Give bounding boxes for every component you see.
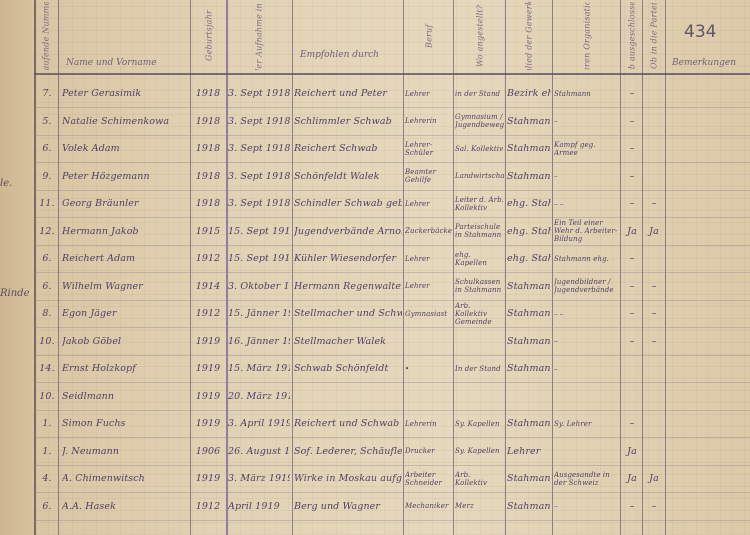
cell-since: Parteischule in Stahmann bbox=[455, 218, 504, 245]
cell-x2 bbox=[644, 163, 664, 190]
cell-since bbox=[455, 328, 504, 355]
cell-name: Ernst Holzkopf bbox=[62, 355, 188, 382]
ledger-page: Laufende Nummer Name und Vorname Geburts… bbox=[0, 0, 750, 535]
header-since: Wo angestellt? bbox=[458, 2, 502, 70]
cell-date: April 1919 bbox=[228, 493, 290, 520]
cell-recommended: Stellmacher und Schwab bbox=[294, 300, 402, 327]
cell-name: A.A. Hasek bbox=[62, 493, 188, 520]
cell-remarks bbox=[667, 493, 747, 520]
cell-no: 1. bbox=[36, 410, 58, 437]
table-row: 6.A.A. Hasek1912April 1919Berg und Wagne… bbox=[0, 493, 750, 520]
cell-name: Reichert Adam bbox=[62, 245, 188, 272]
cell-profession: Zuckerbäcker bbox=[405, 218, 452, 245]
cell-other: Ausgesandte in der Schweiz bbox=[554, 465, 619, 492]
cell-since: ehg. Kapellen bbox=[455, 245, 504, 272]
cell-profession: Beamter Gehilfe bbox=[405, 163, 452, 190]
cell-member bbox=[507, 383, 551, 410]
cell-no: 10. bbox=[36, 383, 58, 410]
cell-remarks bbox=[667, 438, 747, 465]
cell-remarks bbox=[667, 245, 747, 272]
cell-x1: Ja bbox=[622, 218, 642, 245]
cell-since: Sal. Kollektiv bbox=[455, 135, 504, 162]
cell-profession: Lehrerin bbox=[405, 410, 452, 437]
cell-x2 bbox=[644, 438, 664, 465]
header-no: Laufende Nummer bbox=[36, 2, 56, 70]
cell-year: 1914 bbox=[192, 273, 224, 300]
cell-x1: – bbox=[622, 190, 642, 217]
cell-year: 1918 bbox=[192, 190, 224, 217]
cell-recommended: Schindler Schwab geb. Lehmann, Ehr. Mar. bbox=[294, 190, 402, 217]
table-row: 5.Natalie Schimenkowa19183. Sept 1918Sch… bbox=[0, 108, 750, 135]
cell-recommended: Jugendverbände Arnold bbox=[294, 218, 402, 245]
cell-profession: Gymnasiast bbox=[405, 300, 452, 327]
cell-profession: Arbeiter Schneider bbox=[405, 465, 452, 492]
cell-x1: Ja bbox=[622, 438, 642, 465]
cell-other: – bbox=[554, 108, 619, 135]
cell-profession bbox=[405, 328, 452, 355]
table-row: 6.Volek Adam19183. Sept 1918Reichert Sch… bbox=[0, 135, 750, 162]
cell-no: 11. bbox=[36, 190, 58, 217]
cell-remarks bbox=[667, 163, 747, 190]
cell-remarks bbox=[667, 383, 747, 410]
cell-x2: Ja bbox=[644, 465, 664, 492]
cell-date: 20. März 1919 bbox=[228, 383, 290, 410]
cell-profession: Lehrer bbox=[405, 190, 452, 217]
cell-x2 bbox=[644, 135, 664, 162]
cell-remarks bbox=[667, 328, 747, 355]
cell-no: 6. bbox=[36, 245, 58, 272]
cell-date: 3. Sept 1918 bbox=[228, 190, 290, 217]
cell-member: Stahmann bbox=[507, 410, 551, 437]
cell-x1: – bbox=[622, 410, 642, 437]
cell-other: Stahmann ehg. bbox=[554, 245, 619, 272]
cell-recommended: Schlimmler Schwab bbox=[294, 108, 402, 135]
cell-x1: – bbox=[622, 328, 642, 355]
cell-year: 1919 bbox=[192, 410, 224, 437]
cell-x1: – bbox=[622, 108, 642, 135]
cell-year: 1918 bbox=[192, 80, 224, 107]
cell-remarks bbox=[667, 300, 747, 327]
cell-other: – – bbox=[554, 190, 619, 217]
cell-profession: Lehrer bbox=[405, 273, 452, 300]
cell-since bbox=[455, 383, 504, 410]
cell-year: 1906 bbox=[192, 438, 224, 465]
cell-remarks bbox=[667, 135, 747, 162]
cell-member: Stahmann ehg. bbox=[507, 465, 551, 492]
cell-name: Peter Gerasimik bbox=[62, 80, 188, 107]
cell-profession: Lehrerin bbox=[405, 108, 452, 135]
cell-x1 bbox=[622, 355, 642, 382]
cell-other: – bbox=[554, 355, 619, 382]
table-row: 6.Wilhelm Wagner19143. Oktober 1918Herma… bbox=[0, 273, 750, 300]
table-row: 1.J. Neumann190626. August 1919Sof. Lede… bbox=[0, 438, 750, 465]
cell-member: Stahmann ehg. bbox=[507, 273, 551, 300]
cell-date: 3. Sept 1918 bbox=[228, 135, 290, 162]
cell-year: 1919 bbox=[192, 355, 224, 382]
cell-recommended: Sof. Lederer, Schäufler bbox=[294, 438, 402, 465]
cell-name: J. Neumann bbox=[62, 438, 188, 465]
cell-other: Ein Teil einer Wehr d. Arbeiter-Bildung bbox=[554, 218, 619, 245]
cell-recommended: Reichert Schwab bbox=[294, 135, 402, 162]
cell-year: 1918 bbox=[192, 135, 224, 162]
cell-member: Stahmann bbox=[507, 355, 551, 382]
cell-year: 1918 bbox=[192, 163, 224, 190]
cell-name: Seidlmann bbox=[62, 383, 188, 410]
cell-year: 1912 bbox=[192, 300, 224, 327]
table-row: 9.Peter Hözgemann19183. Sept 1918Schönfe… bbox=[0, 163, 750, 190]
cell-member: Stahmann bbox=[507, 328, 551, 355]
cell-x2 bbox=[644, 245, 664, 272]
table-row: 6.Reichert Adam191215. Sept 1918Kühler W… bbox=[0, 245, 750, 272]
cell-year: 1919 bbox=[192, 465, 224, 492]
cell-x1: Ja bbox=[622, 465, 642, 492]
cell-profession: • bbox=[405, 355, 452, 382]
cell-year: 1919 bbox=[192, 383, 224, 410]
cell-date: 15. Sept 1918 bbox=[228, 245, 290, 272]
cell-no: 12. bbox=[36, 218, 58, 245]
cell-no: 4. bbox=[36, 465, 58, 492]
header-other: Ob einer anderen Organisation angehörig? bbox=[556, 2, 618, 70]
cell-since: Sy. Kapellen bbox=[455, 438, 504, 465]
cell-date: 3. März 1919 bbox=[228, 465, 290, 492]
cell-profession: Lehrer-Schüler bbox=[405, 135, 452, 162]
cell-name: Volek Adam bbox=[62, 135, 188, 162]
cell-member: Stahmann bbox=[507, 300, 551, 327]
cell-remarks bbox=[667, 355, 747, 382]
cell-remarks bbox=[667, 80, 747, 107]
cell-year: 1915 bbox=[192, 218, 224, 245]
cell-since: Arb. Kollektiv bbox=[455, 465, 504, 492]
cell-member: Stahmann ehg bbox=[507, 135, 551, 162]
cell-x1: – bbox=[622, 245, 642, 272]
cell-profession bbox=[405, 383, 452, 410]
cell-remarks bbox=[667, 465, 747, 492]
header-rule bbox=[34, 73, 750, 75]
cell-no: 6. bbox=[36, 493, 58, 520]
table-row: 11.Georg Bräunler19183. Sept 1918Schindl… bbox=[0, 190, 750, 217]
cell-other bbox=[554, 383, 619, 410]
cell-date: 3. Sept 1918 bbox=[228, 163, 290, 190]
cell-date: 3. Sept 1918 bbox=[228, 80, 290, 107]
cell-date: 3. April 1919 bbox=[228, 410, 290, 437]
header-profession: Beruf bbox=[408, 2, 450, 70]
cell-no: 5. bbox=[36, 108, 58, 135]
cell-x1: – bbox=[622, 135, 642, 162]
cell-since: Sy. Kapellen bbox=[455, 410, 504, 437]
table-row: 10.Seidlmann191920. März 1919 bbox=[0, 383, 750, 410]
cell-year: 1918 bbox=[192, 108, 224, 135]
cell-other: Kampf geg. Armee bbox=[554, 135, 619, 162]
cell-since: In der Stand bbox=[455, 355, 504, 382]
cell-x1: – bbox=[622, 273, 642, 300]
header-recommended: Empfohlen durch bbox=[300, 50, 379, 60]
cell-date: 3. Sept 1918 bbox=[228, 108, 290, 135]
cell-other: – bbox=[554, 493, 619, 520]
cell-profession: Drucker bbox=[405, 438, 452, 465]
cell-name: Egon Jäger bbox=[62, 300, 188, 327]
cell-member: Stahmann bbox=[507, 108, 551, 135]
cell-name: Hermann Jakob bbox=[62, 218, 188, 245]
cell-year: 1912 bbox=[192, 493, 224, 520]
cell-other: – – bbox=[554, 300, 619, 327]
cell-member: Lehrer bbox=[507, 438, 551, 465]
header-remarks: Bemerkungen bbox=[672, 58, 736, 68]
cell-recommended bbox=[294, 383, 402, 410]
row-rule bbox=[34, 520, 750, 521]
cell-name: Jakob Göbel bbox=[62, 328, 188, 355]
cell-year: 1912 bbox=[192, 245, 224, 272]
cell-recommended: Hermann Regenwalter bbox=[294, 273, 402, 300]
cell-x1: – bbox=[622, 300, 642, 327]
header-date: Zeitpunkt der Aufnahme in die Gruppe bbox=[230, 2, 288, 70]
cell-profession: Mechaniker bbox=[405, 493, 452, 520]
cell-recommended: Wirke in Moskau aufgenommen bbox=[294, 465, 402, 492]
cell-x1: – bbox=[622, 80, 642, 107]
cell-remarks bbox=[667, 273, 747, 300]
header-member: Ob Mitglied der Gewerkschaft? bbox=[508, 2, 550, 70]
cell-since: Schulkassen in Stahmann bbox=[455, 273, 504, 300]
cell-name: Simon Fuchs bbox=[62, 410, 188, 437]
cell-other: – bbox=[554, 163, 619, 190]
cell-other: Jugendbildner / Jugendverbände bbox=[554, 273, 619, 300]
cell-year: 1919 bbox=[192, 328, 224, 355]
cell-x1: – bbox=[622, 163, 642, 190]
cell-date: 16. Jänner 1919 bbox=[228, 328, 290, 355]
cell-x1: – bbox=[622, 493, 642, 520]
cell-other: Stahmann bbox=[554, 80, 619, 107]
header-name: Name und Vorname bbox=[66, 58, 157, 68]
cell-member: Stahmann bbox=[507, 493, 551, 520]
cell-no: 9. bbox=[36, 163, 58, 190]
cell-x2: – bbox=[644, 190, 664, 217]
cell-since: Merz bbox=[455, 493, 504, 520]
cell-recommended: Kühler Wiesendorfer bbox=[294, 245, 402, 272]
cell-date: 26. August 1919 bbox=[228, 438, 290, 465]
table-row: 12.Hermann Jakob191515. Sept 1918Jugendv… bbox=[0, 218, 750, 245]
cell-x2: – bbox=[644, 300, 664, 327]
cell-since: Arb. Kollektiv Gemeinde bbox=[455, 300, 504, 327]
cell-name: Georg Bräunler bbox=[62, 190, 188, 217]
table-row: 1.Simon Fuchs19193. April 1919Reichert u… bbox=[0, 410, 750, 437]
cell-x2: – bbox=[644, 493, 664, 520]
cell-recommended: Reichert und Schwab bbox=[294, 410, 402, 437]
cell-date: 15. Sept 1918 bbox=[228, 218, 290, 245]
cell-remarks bbox=[667, 410, 747, 437]
cell-member: Bezirk ehm bbox=[507, 80, 551, 107]
cell-recommended: Berg und Wagner bbox=[294, 493, 402, 520]
cell-no: 6. bbox=[36, 135, 58, 162]
cell-x2: Ja bbox=[644, 218, 664, 245]
cell-name: Natalie Schimenkowa bbox=[62, 108, 188, 135]
cell-since: Leiter d. Arb. Kollektiv bbox=[455, 190, 504, 217]
cell-x2 bbox=[644, 80, 664, 107]
cell-member: Stahmann bbox=[507, 163, 551, 190]
cell-x1 bbox=[622, 383, 642, 410]
cell-date: 15. März 1919 bbox=[228, 355, 290, 382]
cell-x2 bbox=[644, 355, 664, 382]
page-number: 434 bbox=[684, 22, 716, 42]
cell-member: ehg. Stahmann bbox=[507, 245, 551, 272]
cell-date: 15. Jänner 1919 bbox=[228, 300, 290, 327]
cell-name: Peter Hözgemann bbox=[62, 163, 188, 190]
table-row: 10.Jakob Göbel191916. Jänner 1919Stellma… bbox=[0, 328, 750, 355]
cell-date: 3. Oktober 1918 bbox=[228, 273, 290, 300]
cell-name: Wilhelm Wagner bbox=[62, 273, 188, 300]
cell-since: Gymnasium / Jugendbewegung bbox=[455, 108, 504, 135]
cell-x2 bbox=[644, 383, 664, 410]
cell-no: 6. bbox=[36, 273, 58, 300]
cell-no: 1. bbox=[36, 438, 58, 465]
table-row: 8.Egon Jäger191215. Jänner 1919Stellmach… bbox=[0, 300, 750, 327]
cell-profession: Lehrer bbox=[405, 245, 452, 272]
cell-member: ehg. Stahmann bbox=[507, 190, 551, 217]
cell-profession: Lehrer bbox=[405, 80, 452, 107]
cell-since: in der Stand bbox=[455, 80, 504, 107]
table-row: 4.A. Chimenwitsch19193. März 1919Wirke i… bbox=[0, 465, 750, 492]
cell-name: A. Chimenwitsch bbox=[62, 465, 188, 492]
cell-recommended: Schönfeldt Walek bbox=[294, 163, 402, 190]
cell-x2 bbox=[644, 108, 664, 135]
table-row: 14.Ernst Holzkopf191915. März 1919Schwab… bbox=[0, 355, 750, 382]
cell-x2: – bbox=[644, 273, 664, 300]
cell-other: – bbox=[554, 328, 619, 355]
header-year: Geburtsjahr bbox=[195, 2, 223, 70]
cell-other: Sy. Lehrer bbox=[554, 410, 619, 437]
cell-x2 bbox=[644, 410, 664, 437]
table-row: 7.Peter Gerasimik19183. Sept 1918Reicher… bbox=[0, 80, 750, 107]
cell-remarks bbox=[667, 190, 747, 217]
cell-recommended: Reichert und Peter bbox=[294, 80, 402, 107]
cell-remarks bbox=[667, 218, 747, 245]
cell-recommended: Stellmacher Walek bbox=[294, 328, 402, 355]
header-x2: Ob in die Partei bbox=[645, 2, 663, 70]
cell-other bbox=[554, 438, 619, 465]
header-x1: Ob ausgeschlossen bbox=[623, 2, 641, 70]
cell-remarks bbox=[667, 108, 747, 135]
cell-no: 10. bbox=[36, 328, 58, 355]
cell-no: 14. bbox=[36, 355, 58, 382]
cell-member: ehg. Stahmann bbox=[507, 218, 551, 245]
cell-recommended: Schwab Schönfeldt bbox=[294, 355, 402, 382]
cell-since: Landwirtschaft bbox=[455, 163, 504, 190]
cell-x2: – bbox=[644, 328, 664, 355]
cell-no: 7. bbox=[36, 80, 58, 107]
cell-no: 8. bbox=[36, 300, 58, 327]
